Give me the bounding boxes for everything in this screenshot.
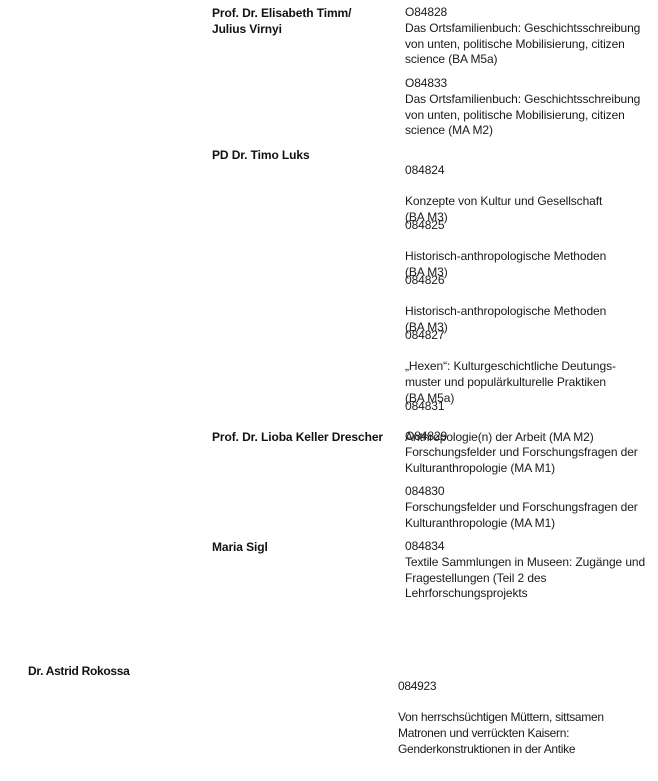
course-number: 084830	[405, 484, 655, 500]
course-number: 084826	[405, 273, 655, 289]
lecturer-name: Maria Sigl	[212, 539, 268, 555]
course-entry: 084834 Textile Sammlungen in Museen: Zug…	[405, 539, 655, 602]
course-title: Forschungsfelder und Forschungsfragen de…	[405, 445, 655, 477]
course-entry: 084923 Von herrschsüchtigen Müttern, sit…	[398, 663, 658, 774]
course-title: Textile Sammlungen in Museen: Zugänge un…	[405, 555, 655, 602]
course-title: Von herrschsüchtigen Müttern, sittsamen …	[398, 710, 658, 757]
course-title: Das Ortsfamilienbuch: Geschichtsschreibu…	[405, 21, 655, 68]
course-number: 084824	[405, 163, 655, 179]
course-title: Forschungsfelder und Forschungsfragen de…	[405, 500, 655, 532]
lecturer-name: Dr. Astrid Rokossa	[28, 663, 130, 679]
course-number: O84828	[405, 5, 655, 21]
course-entry: O84829 Forschungsfelder und Forschungsfr…	[405, 429, 655, 476]
course-entry: 084830 Forschungsfelder und Forschungsfr…	[405, 484, 655, 531]
course-number: 084834	[405, 539, 655, 555]
course-title: Das Ortsfamilienbuch: Geschichtsschreibu…	[405, 92, 655, 139]
course-entry: O84833 Das Ortsfamilienbuch: Geschichtss…	[405, 76, 655, 139]
course-number: O84833	[405, 76, 655, 92]
lecturer-name: Prof. Dr. Elisabeth Timm/ Julius Virnyi	[212, 5, 351, 37]
course-number: 084831	[405, 399, 655, 415]
lecturer-name: Prof. Dr. Lioba Keller Drescher	[212, 429, 383, 445]
course-number: O84829	[405, 429, 655, 445]
lecturer-name: PD Dr. Timo Luks	[212, 147, 310, 163]
course-entry: O84828 Das Ortsfamilienbuch: Geschichtss…	[405, 5, 655, 68]
course-number: 084827	[405, 328, 655, 344]
course-number: 084923	[398, 679, 658, 695]
course-number: 084825	[405, 218, 655, 234]
